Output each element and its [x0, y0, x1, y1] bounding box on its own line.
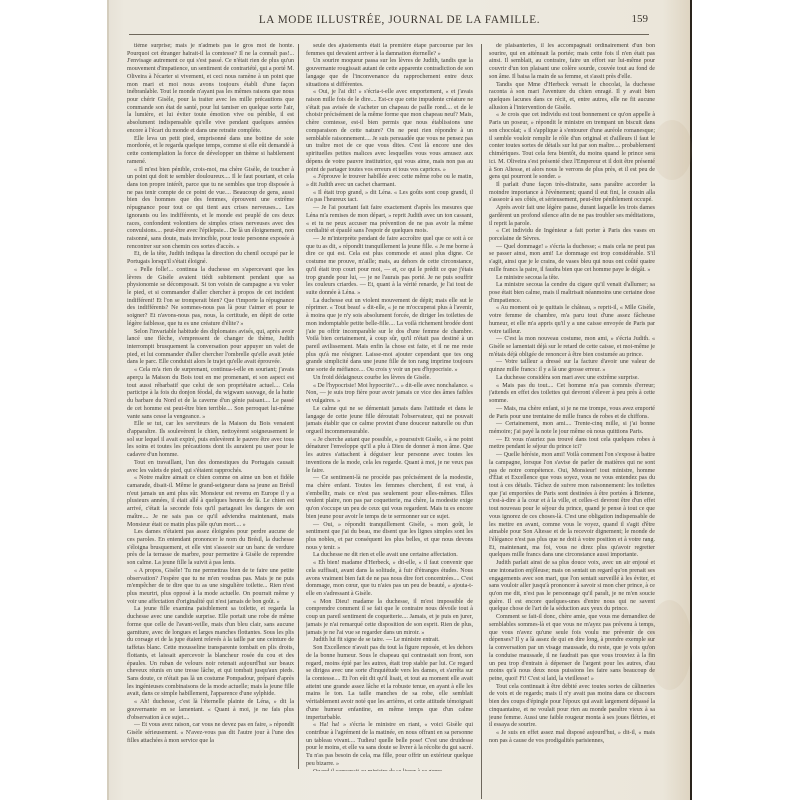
paragraph: Judith lui fit signe de se taire. — Le m… — [306, 637, 473, 645]
paragraph: « Ha! ha! » s'écria le ministre en riant… — [306, 722, 473, 768]
paragraph: Le calme qui ne se démentait jamais dans… — [306, 406, 473, 437]
paragraph: Comment se fait-il donc, chère amie, que… — [489, 614, 655, 683]
paragraph: « A propos, Gisèle! Tu me permettras bie… — [127, 568, 294, 607]
running-header-title: LA MODE ILLUSTRÉE, JOURNAL DE LA FAMILLE… — [107, 14, 692, 26]
paragraph: — Ce sentiment-là ne procède pas précisé… — [306, 475, 473, 521]
paragraph: Après avoir fait une légère pause, duran… — [489, 205, 655, 228]
magazine-page: LA MODE ILLUSTRÉE, JOURNAL DE LA FAMILLE… — [107, 0, 692, 800]
paragraph: — Je l'ai pourtant fait faire exactement… — [306, 205, 473, 236]
paragraph: Elle leva un petit pied, emprisonné dans… — [127, 136, 294, 167]
paragraph: « Mais pas du tout.... Cet homme m'a pas… — [489, 383, 655, 406]
text-column-1: tième surprise; mais je n'admets pas le … — [127, 43, 294, 771]
paragraph: tième surprise; mais je n'admets pas le … — [127, 43, 294, 136]
paragraph: — Oui, » répondit tranquillement Gisèle,… — [306, 522, 473, 553]
paragraph: « Cet individu de Ingénieur a fait porte… — [489, 228, 655, 243]
paragraph: « Cela m'a rien de surprenant, continua-… — [127, 367, 294, 421]
paragraph: « Je cherche autant que possible, » pour… — [306, 437, 473, 476]
paragraph: Le ministre secoua la tête. — [489, 275, 655, 283]
paragraph: Un froid dédaigneux courbe les lèvres de… — [306, 375, 473, 383]
paragraph: La duchesse ne dit rien et elle avait un… — [306, 552, 473, 560]
paragraph: — Quelle hérésie, mon ami! Voilà comment… — [489, 452, 655, 560]
paragraph: Et, de la tête, Judith indiqua la direct… — [127, 251, 294, 266]
paragraph: — Mais, ma chère enfant, si je ne me tro… — [489, 406, 655, 421]
paragraph: La duchesse considéra son mari avec une … — [489, 375, 655, 383]
paragraph: — Quel dommage! » s'écria la duchesse; «… — [489, 244, 655, 275]
header-rule — [129, 34, 649, 35]
paragraph: « J'éprouve le trouver habillée avec cet… — [306, 174, 473, 189]
paragraph: de plaisanteries, il les accompagnait or… — [489, 43, 655, 82]
paper-stain — [652, 120, 692, 180]
paragraph: Son Excellence n'avait pas du tout la fi… — [306, 645, 473, 722]
paragraph: — Votre tailleur a dressé sur la facture… — [489, 359, 655, 374]
paragraph: Tout en travaillant, l'un des domestique… — [127, 460, 294, 475]
paragraph: « De l'hypocrisie! Moi hypocrite?... » d… — [306, 383, 473, 406]
paragraph: « Mon Dieu! madame la duchesse, il m'est… — [306, 599, 473, 638]
paragraph: « Ah! duchesse, c'est là l'éternelle pla… — [127, 699, 294, 722]
paragraph: Judith parlait ainsi de sa plus douce vo… — [489, 560, 655, 614]
paragraph: — Je m'interprète pendant de faire accro… — [306, 236, 473, 298]
paragraph: Il parlait d'une façon très-distraite, s… — [489, 182, 655, 205]
text-column-2: seule des ajustements était la première … — [306, 43, 473, 771]
paragraph: La duchesse eut un violent mouvement de … — [306, 298, 473, 375]
paragraph: « Il était trop grand, » dit Léna. « Les… — [306, 190, 473, 205]
paragraph: La jeune fille examina paisiblement sa t… — [127, 606, 294, 699]
text-column-3: de plaisanteries, il les accompagnait or… — [489, 43, 655, 771]
paragraph: « Je suis en effet assez mal disposé auj… — [489, 730, 655, 745]
paragraph: « Je crois que cet individu est tout bon… — [489, 112, 655, 181]
page-number: 159 — [632, 13, 649, 25]
paragraph: La ministre secoua la cendre du cigare q… — [489, 282, 655, 305]
paragraph: Elle se tut, car les serviteurs de la Ma… — [127, 421, 294, 460]
paragraph: — C'est la mon nouveau costume, mon ami,… — [489, 336, 655, 359]
paragraph: Tout cela continuait à être débité avec … — [489, 684, 655, 730]
column-divider — [481, 44, 482, 799]
paragraph: Un sourire moqueur passa sur les lèvres … — [306, 58, 473, 89]
column-divider — [298, 44, 299, 769]
paragraph: seule des ajustements était la première … — [306, 43, 473, 58]
paragraph: « Eh bien! madame d'Herbeck, » dit-elle,… — [306, 560, 473, 599]
page-edge — [107, 0, 109, 800]
paragraph: « Pelle folle!... continua la duchesse e… — [127, 267, 294, 329]
paragraph: « Notre maître aimait ce chien comme on … — [127, 475, 294, 529]
paragraph: « Oui, je l'ai dit! » s'écria-t-elle ave… — [306, 89, 473, 174]
paragraph: Selon l'invariable habitude des diplomat… — [127, 329, 294, 368]
paragraph: Tandis que Mme d'Herbeck versait le choc… — [489, 82, 655, 113]
paragraph: « Il m'est bien pénible, crois-moi, ma c… — [127, 167, 294, 252]
paragraph: — Et vous n'auriez pas trouvé dans tout … — [489, 437, 655, 452]
paragraph: — Et vous avez raison, car vous ne devez… — [127, 722, 294, 745]
paragraph: — Certainement, mon ami.... Trente-cinq … — [489, 421, 655, 436]
paragraph: Les dames n'étaient pas assez éloignées … — [127, 529, 294, 568]
paragraph: Quand il convenait au ministre de se liv… — [306, 769, 473, 771]
paragraph: « Au moment où je quittais le château, »… — [489, 305, 655, 336]
